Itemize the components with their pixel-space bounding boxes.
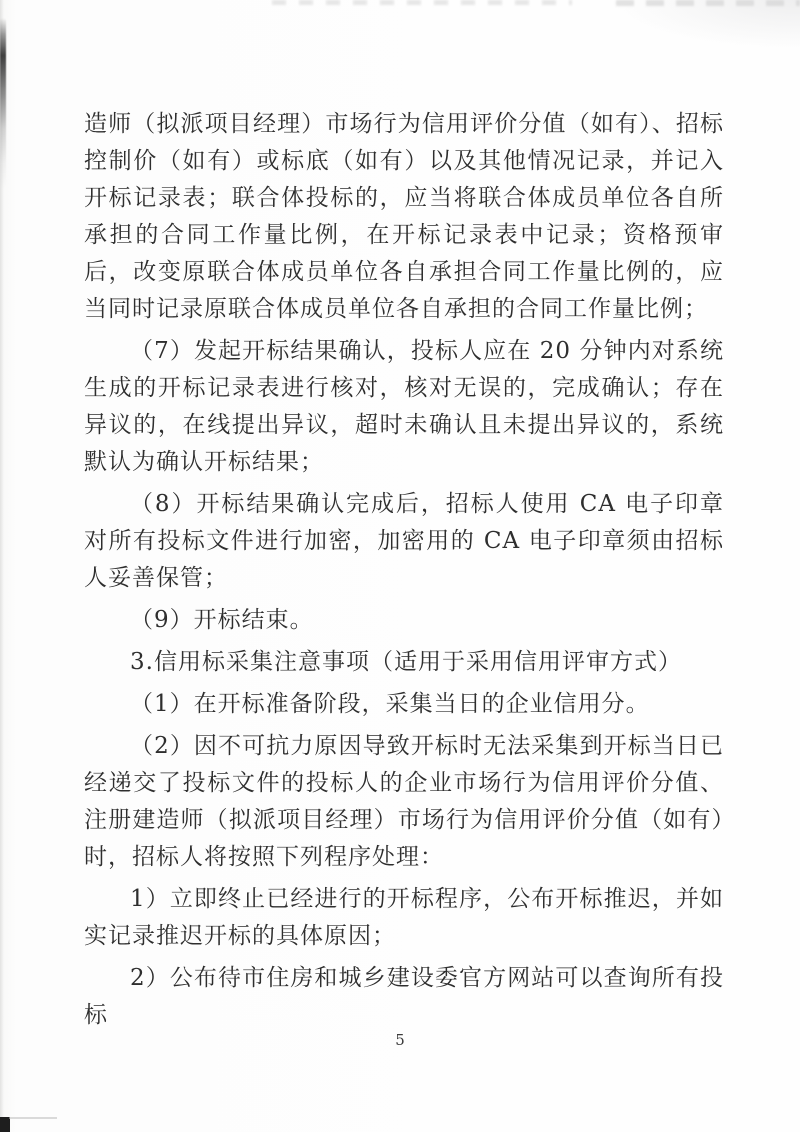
scan-artifact-corner-block [0, 1117, 10, 1132]
paragraph-item-1: （1）在开标准备阶段，采集当日的企业信用分。 [84, 686, 724, 723]
paragraph-subitem-1: 1）立即终止已经进行的开标程序，公布开标推迟，并如实记录推迟开标的具体原因； [84, 881, 724, 955]
paragraph-continuation: 造师（拟派项目经理）市场行为信用评价分值（如有）、招标控制价（如有）或标底（如有… [84, 106, 724, 328]
heading-section-3: 3.信用标采集注意事项（适用于采用信用评审方式） [84, 644, 724, 681]
paragraph-subitem-2: 2）公布待市住房和城乡建设委官方网站可以查询所有投标 [84, 960, 724, 1034]
document-page: 造师（拟派项目经理）市场行为信用评价分值（如有）、招标控制价（如有）或标底（如有… [0, 0, 800, 1132]
paragraph-item-8: （8）开标结果确认完成后，招标人使用 CA 电子印章对所有投标文件进行加密，加密… [84, 486, 724, 597]
scan-artifact-left-streak [0, 18, 6, 188]
paragraph-item-9: （9）开标结束。 [84, 602, 724, 639]
paragraph-item-2: （2）因不可抗力原因导致开标时无法采集到开标当日已经递交了投标文件的投标人的企业… [84, 728, 724, 876]
scan-artifact-top-noise [272, 0, 572, 5]
scan-artifact-corner-smudge [620, 0, 800, 48]
scan-artifact-corner-line [9, 1117, 57, 1119]
page-number: 5 [0, 1031, 800, 1049]
document-body: 造师（拟派项目经理）市场行为信用评价分值（如有）、招标控制价（如有）或标底（如有… [84, 106, 724, 1039]
paragraph-item-7: （7）发起开标结果确认，投标人应在 20 分钟内对系统生成的开标记录表进行核对，… [84, 333, 724, 481]
